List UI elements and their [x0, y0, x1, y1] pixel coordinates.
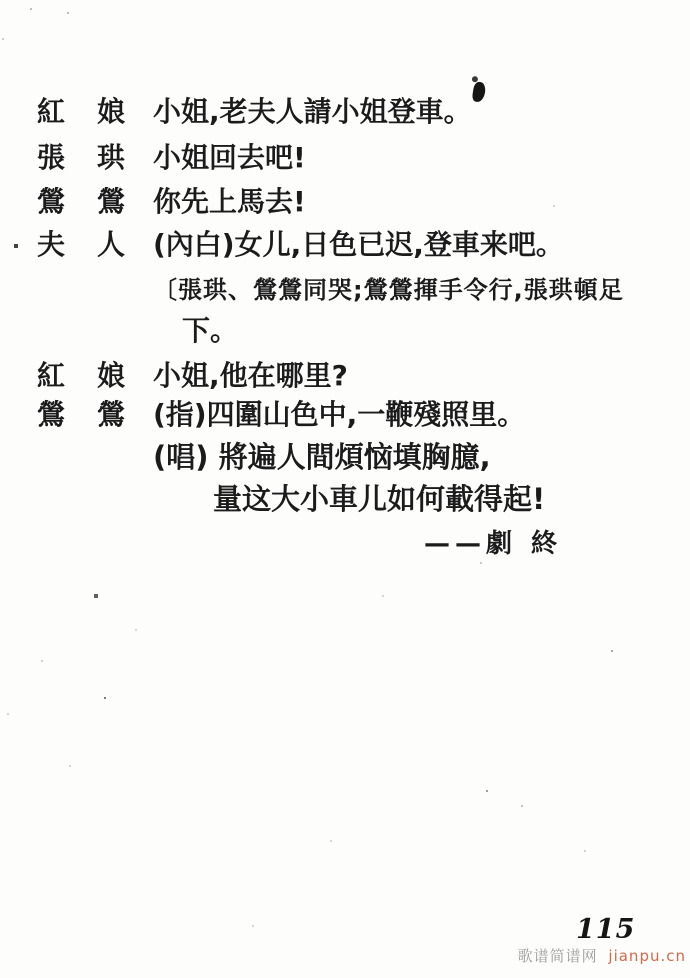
scan-noise-specks [0, 0, 2, 2]
script-line: 鶯鶯 你先上馬去! [0, 188, 690, 222]
script-line: 量这大小車儿如何載得起! [0, 485, 690, 519]
speaker-name: 紅娘 [37, 362, 157, 390]
speaker-name: 鶯鶯 [37, 188, 157, 216]
speaker-name: 張珙 [37, 144, 157, 172]
speaker-name: 鶯鶯 [37, 401, 157, 429]
script-line: 紅娘 小姐,老夫人請小姐登車。 [0, 98, 690, 132]
scanned-script-page: 紅娘 小姐,老夫人請小姐登車。 張珙 小姐回去吧! 鶯鶯 你先上馬去! 夫人 (… [0, 0, 690, 978]
dialogue-text: 你先上馬去! [153, 188, 306, 216]
dialogue-text: 小姐回去吧! [153, 144, 306, 172]
watermark-site-name: 歌谱简谱网 [518, 947, 598, 965]
script-line: (唱) 將遍人間煩恼填胸臆, [0, 443, 690, 477]
dialogue-text: 小姐,他在哪里? [153, 362, 348, 390]
dialogue-text: (指)四圍山色中,一鞭殘照里。 [153, 401, 525, 429]
page-number: 115 [576, 916, 635, 943]
speaker-name: 紅娘 [37, 98, 157, 126]
dialogue-text: 小姐,老夫人請小姐登車。 [153, 98, 472, 126]
watermark: 歌谱简谱网 jianpu.cn [518, 949, 686, 964]
dialogue-text: (內白)女儿,日色已迟,登車来吧。 [153, 231, 564, 259]
script-line: 下。 [0, 317, 690, 351]
script-line: 鶯鶯 (指)四圍山色中,一鞭殘照里。 [0, 401, 690, 435]
play-end-mark: ——劇 終 [424, 531, 562, 557]
stage-direction-text: 〔張珙、鶯鶯同哭;鶯鶯揮手令行,張珙頓足 [153, 278, 624, 302]
script-line: 張珙 小姐回去吧! [0, 144, 690, 178]
stage-direction-text: 下。 [182, 317, 238, 345]
sung-lyric-text: 量这大小車儿如何載得起! [213, 485, 545, 514]
script-line: 紅娘 小姐,他在哪里? [0, 362, 690, 396]
script-line: 〔張珙、鶯鶯同哭;鶯鶯揮手令行,張珙頓足 [0, 275, 690, 309]
sung-lyric-text: (唱) 將遍人間煩恼填胸臆, [153, 443, 491, 472]
watermark-site-url: jianpu.cn [608, 947, 686, 965]
speaker-name: 夫人 [37, 231, 157, 259]
script-line: 夫人 (內白)女儿,日色已迟,登車来吧。 [0, 231, 690, 265]
